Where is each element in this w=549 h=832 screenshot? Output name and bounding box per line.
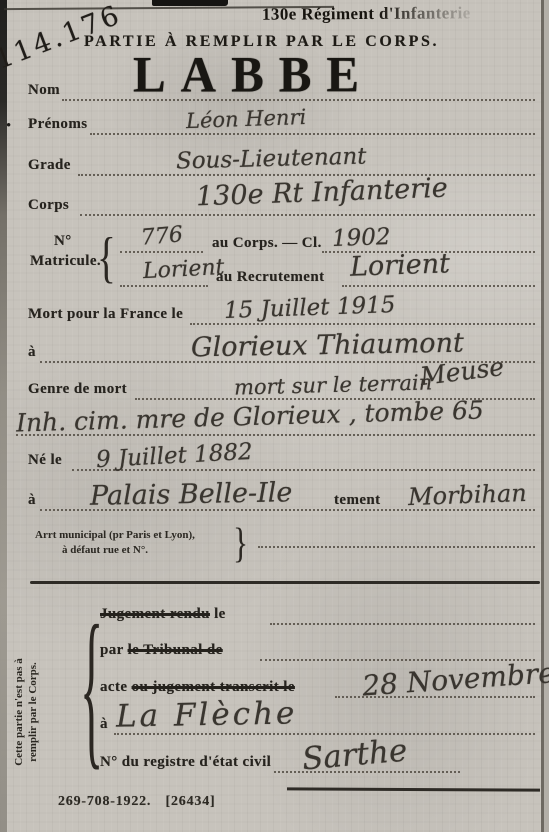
ne-a-value: Palais Belle-Ile [90,477,293,512]
dotted-line [120,285,208,287]
ne-le-value: 9 Juillet 1882 [95,439,253,473]
departement-value: Morbihan [408,479,528,511]
genre-mort-value: mort sur le terrain [234,370,433,399]
section-divider [30,581,540,584]
dotted-line [342,285,535,287]
inhumation-note: Inh. cim. mre de Glorieux , tombe 65 [16,395,485,437]
matricule-recrutement-value: Lorient [142,255,225,284]
mort-a-label: à [28,344,36,361]
grade-value: Sous-Lieutenant [176,144,367,175]
dotted-line [78,174,535,176]
jugement-suffix: le [210,606,226,622]
mort-a-value: Glorieux Thiaumont [191,328,464,364]
margin-bullet: • [6,118,11,135]
transcription-lieu-label: à [100,716,108,733]
corps-value: 130e Rt Infanterie [196,173,449,213]
underline-mark [287,787,540,791]
dotted-line [16,434,535,436]
prenoms-label: Prénoms [28,116,87,133]
footer-bracket: [26434] [166,794,216,809]
tribunal-line: par le Tribunal de [100,642,223,659]
classe-value: 1902 [332,224,391,252]
matricule-brace: { [97,230,116,286]
recrutement-bureau-value: Lorient [349,248,450,282]
sidebar-note: Cette partie n'est pas à remplir par le … [12,652,62,772]
registre-label: N° du registre d'état civil [100,754,271,771]
prenoms-value: Léon Henri [186,105,307,133]
regiment-stamp: 130e Régiment d'Infanterie [262,3,471,24]
arrondissement-label-line1: Arrt municipal (pr Paris et Lyon), [35,529,195,541]
ne-a-label: à [28,492,36,509]
dotted-line [270,623,535,625]
au-recrutement-label: au Recrutement [216,269,324,286]
dotted-line [258,546,535,548]
scan-edge-right [544,0,549,832]
death-record-card: 130e Régiment d'Infanterie 114.176 PARTI… [0,0,549,832]
arrondissement-brace: } [233,523,248,565]
nom-value: LABBE [133,45,374,104]
top-cut-stamp-mark [152,0,228,6]
jugement-struck-text: Jugement rendu [100,606,210,622]
matricule-corps-value: 776 [140,222,184,251]
corps-label: Corps [28,197,69,214]
arrondissement-label-line2: à défaut rue et N°. [62,544,148,556]
transcription-lieu-value: La Flèche [116,695,298,734]
nom-label: Nom [28,82,60,99]
matricule-label-line1: N° [54,233,72,250]
matricule-label-line2: Matricule. [30,253,101,270]
transcription-prefix: acte [100,679,132,695]
jugement-line: Jugement rendu le [100,606,226,623]
mort-le-value: 15 Juillet 1915 [224,292,396,324]
ne-le-label: Né le [28,452,62,469]
dotted-line [80,214,535,216]
tribunal-prefix: par [100,642,128,658]
transcription-struck-text: ou jugement transcrit le [132,679,295,695]
transcription-line: acte ou jugement transcrit le [100,679,295,696]
grade-label: Grade [28,157,71,174]
footer-code: 269-708-1922. [58,794,151,809]
genre-mort-label: Genre de mort [28,381,127,398]
dotted-line [120,251,203,253]
au-corps-label: au Corps. — Cl. [212,235,322,252]
footer-print-code: 269-708-1922. [26434] [58,794,215,810]
departement-label-fragment: tement [334,492,381,509]
tribunal-struck-text: le Tribunal de [128,642,223,658]
mort-le-label: Mort pour la France le [28,306,183,323]
dotted-line [90,133,535,135]
